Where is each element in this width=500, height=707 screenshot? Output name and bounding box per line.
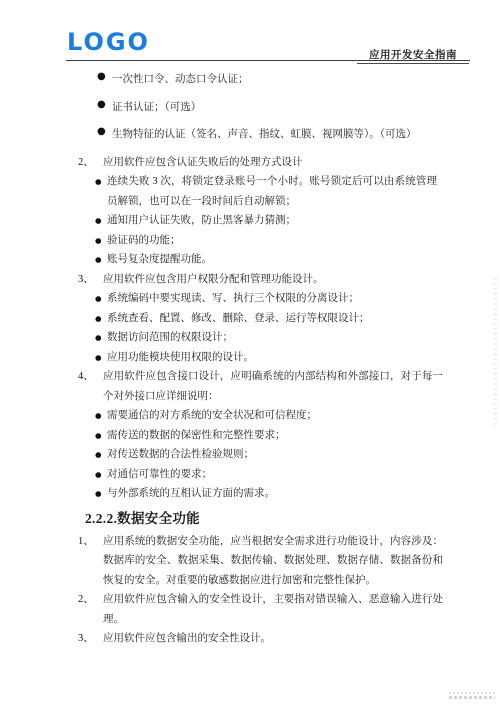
- watermark-bottom-right: [449, 692, 495, 701]
- section-heading: 2.2.2.数据安全功能: [85, 509, 500, 528]
- list-item-bullet: ●一次性口令、动态口令认证；: [0, 70, 500, 90]
- list-item-bullet: ●数据访问范围的权限设计；: [0, 328, 500, 348]
- logo: LOGO: [67, 29, 150, 55]
- list-number: 2、: [78, 153, 94, 173]
- bullet-icon: ●: [95, 328, 102, 348]
- bullet-icon: ●: [95, 250, 102, 270]
- bullet-icon: ●: [95, 348, 102, 368]
- bullet-icon: ●: [95, 484, 102, 504]
- list-item-text: 一次性口令、动态口令认证；: [112, 70, 442, 90]
- bullet-icon: ●: [95, 465, 102, 485]
- list-item-text: 对通信可靠性的要求；: [107, 465, 437, 485]
- list-item-numbered: 2、应用软件应包含认证失败后的处理方式设计: [0, 153, 500, 173]
- list-item-text: 连续失败 3 次，将锁定登录账号一个小时。账号锁定后可以由系统管理员解锁，也可以…: [107, 172, 437, 211]
- list-number: 2、: [78, 590, 94, 610]
- list-item-bullet: ●应用功能模块使用权限的设计。: [0, 348, 500, 368]
- bullet-icon: ●: [97, 95, 106, 115]
- list-item-numbered: 3、应用软件应包含输出的安全性设计。: [0, 629, 500, 649]
- list-item-text: 应用软件应包含用户权限分配和管理功能设计。: [103, 270, 443, 290]
- list-item-text: 证书认证；（可选）: [112, 98, 442, 118]
- bullet-icon: ●: [95, 172, 102, 192]
- list-item-text: 应用系统的数据安全功能，应当根据安全需求进行功能设计，内容涉及：数据库的安全、数…: [103, 532, 443, 591]
- list-number: 3、: [78, 629, 94, 649]
- list-item-bullet: ●对通信可靠性的要求；: [0, 465, 500, 485]
- list-item-text: 生物特征的认证（签名、声音、指纹、虹膜、视网膜等）。（可选）: [112, 125, 442, 145]
- bullet-icon: ●: [95, 231, 102, 251]
- bullet-icon: ●: [97, 67, 106, 87]
- list-item-text: 对传送数据的合法性检验规则；: [107, 445, 437, 465]
- list-item-bullet: ●通知用户认证失败，防止黑客暴力猜测；: [0, 211, 500, 231]
- list-number: 3、: [78, 270, 94, 290]
- header-title: 应用开发安全指南: [357, 49, 469, 64]
- watermark-side: [493, 278, 497, 428]
- list-item-bullet: ●连续失败 3 次，将锁定登录账号一个小时。账号锁定后可以由系统管理员解锁，也可…: [0, 172, 500, 211]
- list-item-numbered: 3、应用软件应包含用户权限分配和管理功能设计。: [0, 270, 500, 290]
- watermark-line: [449, 692, 495, 694]
- bullet-icon: ●: [95, 309, 102, 329]
- list-item-bullet: ●需要通信的对方系统的安全状况和可信程度；: [0, 406, 500, 426]
- list-item-text: 应用软件应包含输入的安全性设计，主要指对错误输入、恶意输入进行处理。: [103, 590, 443, 629]
- list-item-bullet: ●需传送的数据的保密性和完整性要求；: [0, 426, 500, 446]
- bullet-icon: ●: [95, 445, 102, 465]
- list-item-text: 应用功能模块使用权限的设计。: [107, 348, 437, 368]
- bullet-icon: ●: [97, 122, 106, 142]
- bullet-icon: ●: [95, 289, 102, 309]
- list-item-bullet: ●验证码的功能；: [0, 231, 500, 251]
- list-item-bullet: ●系统编码中要实现读、写、执行三个权限的分离设计；: [0, 289, 500, 309]
- list-item-text: 需传送的数据的保密性和完整性要求；: [107, 426, 437, 446]
- list-item-text: 通知用户认证失败，防止黑客暴力猜测；: [107, 211, 437, 231]
- bullet-icon: ●: [95, 211, 102, 231]
- bullet-icon: ●: [95, 406, 102, 426]
- list-item-text: 系统编码中要实现读、写、执行三个权限的分离设计；: [107, 289, 437, 309]
- list-item-text: 账号复杂度提醒功能。: [107, 250, 437, 270]
- list-number: 4、: [78, 367, 94, 387]
- document-page: LOGO 应用开发安全指南 ●一次性口令、动态口令认证；●证书认证；（可选）●生…: [0, 0, 500, 707]
- list-item-text: 需要通信的对方系统的安全状况和可信程度；: [107, 406, 437, 426]
- bullet-icon: ●: [95, 426, 102, 446]
- list-item-text: 应用软件应包含输出的安全性设计。: [103, 629, 443, 649]
- list-item-numbered: 2、应用软件应包含输入的安全性设计，主要指对错误输入、恶意输入进行处理。: [0, 590, 500, 629]
- watermark-line: [449, 696, 495, 699]
- list-item-text: 验证码的功能；: [107, 231, 437, 251]
- list-item-bullet: ●生物特征的认证（签名、声音、指纹、虹膜、视网膜等）。（可选）: [0, 125, 500, 145]
- list-number: 1、: [78, 532, 94, 552]
- list-item-bullet: ●账号复杂度提醒功能。: [0, 250, 500, 270]
- list-item-text: 数据访问范围的权限设计；: [107, 328, 437, 348]
- list-item-bullet: ●证书认证；（可选）: [0, 98, 500, 118]
- list-item-bullet: ●与外部系统的互相认证方面的需求。: [0, 484, 500, 504]
- list-item-text: 应用软件应包含认证失败后的处理方式设计: [103, 153, 443, 173]
- list-item-bullet: ●系统查看、配置、修改、删除、登录、运行等权限设计；: [0, 309, 500, 329]
- list-item-numbered: 1、应用系统的数据安全功能，应当根据安全需求进行功能设计，内容涉及：数据库的安全…: [0, 532, 500, 591]
- list-item-numbered: 4、应用软件应包含接口设计，应明确系统的内部结构和外部接口，对于每一个对外接口应…: [0, 367, 500, 406]
- list-item-text: 应用软件应包含接口设计，应明确系统的内部结构和外部接口，对于每一个对外接口应详细…: [103, 367, 443, 406]
- list-item-bullet: ●对传送数据的合法性检验规则；: [0, 445, 500, 465]
- list-item-text: 与外部系统的互相认证方面的需求。: [107, 484, 437, 504]
- document-body: ●一次性口令、动态口令认证；●证书认证；（可选）●生物特征的认证（签名、声音、指…: [0, 64, 500, 649]
- list-item-text: 系统查看、配置、修改、删除、登录、运行等权限设计；: [107, 309, 437, 329]
